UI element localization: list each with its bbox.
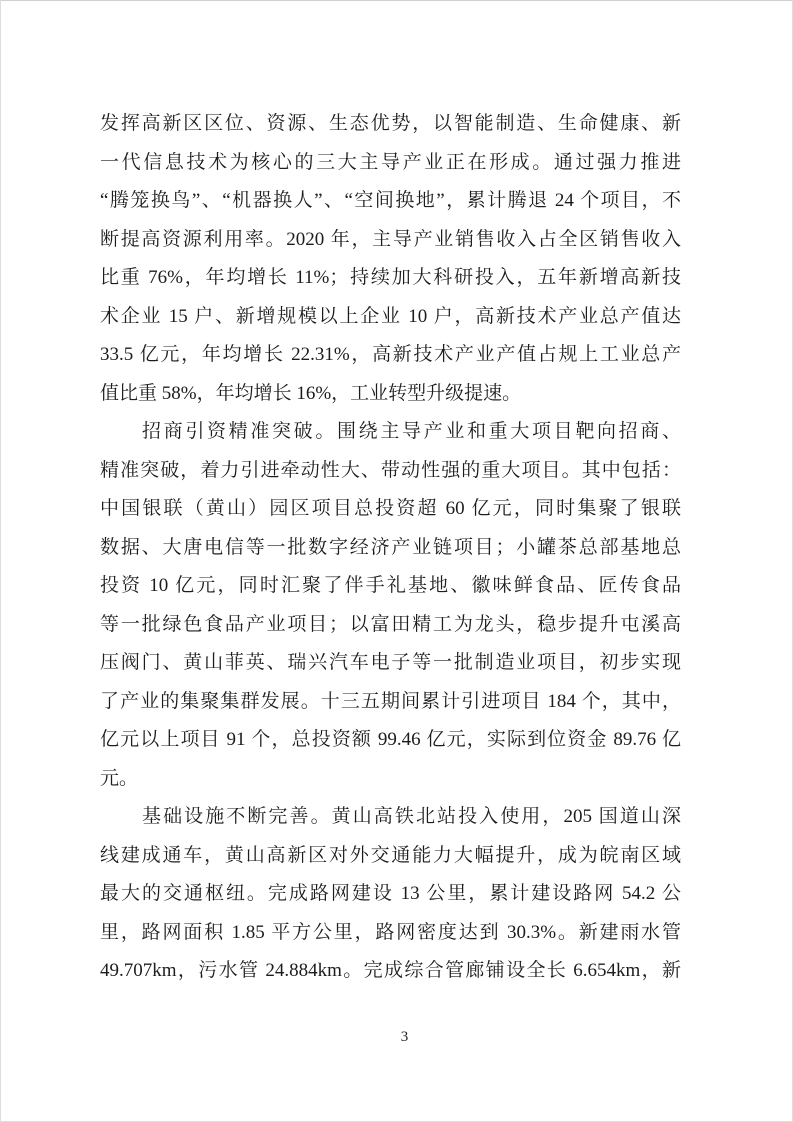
text-line: 招商引资精准突破。围绕主导产业和重大项目靶向招商、 (100, 413, 681, 452)
text-line: 49.707km，污水管 24.884km。完成综合管廊铺设全长 6.654km… (100, 952, 681, 991)
text-line: 一代信息技术为核心的三大主导产业正在形成。通过强力推进 (100, 144, 681, 183)
text-line: 基础设施不断完善。黄山高铁北站投入使用，205 国道山深 (100, 798, 681, 837)
paragraph: 发挥高新区区位、资源、生态优势，以智能制造、生命健康、新 一代信息技术为核心的三… (100, 105, 681, 413)
text-line: 等一批绿色食品产业项目；以富田精工为龙头，稳步提升屯溪高 (100, 606, 681, 645)
paragraph: 基础设施不断完善。黄山高铁北站投入使用，205 国道山深 线建成通车，黄山高新区… (100, 798, 681, 991)
page-number: 3 (1, 1027, 792, 1047)
text-line: 投资 10 亿元，同时汇聚了伴手礼基地、徽味鲜食品、匠传食品 (100, 567, 681, 606)
text-line: 线建成通车，黄山高新区对外交通能力大幅提升，成为皖南区域 (100, 837, 681, 876)
paragraph: 招商引资精准突破。围绕主导产业和重大项目靶向招商、 精准突破，着力引进牵动性大、… (100, 413, 681, 798)
text-line: 数据、大唐电信等一批数字经济产业链项目；小罐茶总部基地总 (100, 529, 681, 568)
text-line: 值比重 58%，年均增长 16%，工业转型升级提速。 (100, 375, 681, 414)
text-line: 压阀门、黄山菲英、瑞兴汽车电子等一批制造业项目，初步实现 (100, 644, 681, 683)
text-line: 精准突破，着力引进牵动性大、带动性强的重大项目。其中包括： (100, 452, 681, 491)
text-line: 最大的交通枢纽。完成路网建设 13 公里，累计建设路网 54.2 公 (100, 875, 681, 914)
text-line: 发挥高新区区位、资源、生态优势，以智能制造、生命健康、新 (100, 105, 681, 144)
text-line: 了产业的集聚集群发展。十三五期间累计引进项目 184 个，其中， (100, 683, 681, 722)
text-line: 比重 76%，年均增长 11%；持续加大科研投入，五年新增高新技 (100, 259, 681, 298)
text-line: 元。 (100, 760, 681, 799)
text-line: 里，路网面积 1.85 平方公里，路网密度达到 30.3%。新建雨水管 (100, 914, 681, 953)
text-line: 亿元以上项目 91 个，总投资额 99.46 亿元，实际到位资金 89.76 亿 (100, 721, 681, 760)
document-page: 发挥高新区区位、资源、生态优势，以智能制造、生命健康、新 一代信息技术为核心的三… (0, 0, 793, 1122)
text-line: “腾笼换鸟”、“机器换人”、“空间换地”，累计腾退 24 个项目，不 (100, 182, 681, 221)
text-line: 中国银联（黄山）园区项目总投资超 60 亿元，同时集聚了银联 (100, 490, 681, 529)
text-line: 术企业 15 户、新增规模以上企业 10 户，高新技术产业总产值达 (100, 298, 681, 337)
document-body: 发挥高新区区位、资源、生态优势，以智能制造、生命健康、新 一代信息技术为核心的三… (100, 105, 681, 991)
text-line: 断提高资源利用率。2020 年，主导产业销售收入占全区销售收入 (100, 221, 681, 260)
text-line: 33.5 亿元，年均增长 22.31%，高新技术产业产值占规上工业总产 (100, 336, 681, 375)
